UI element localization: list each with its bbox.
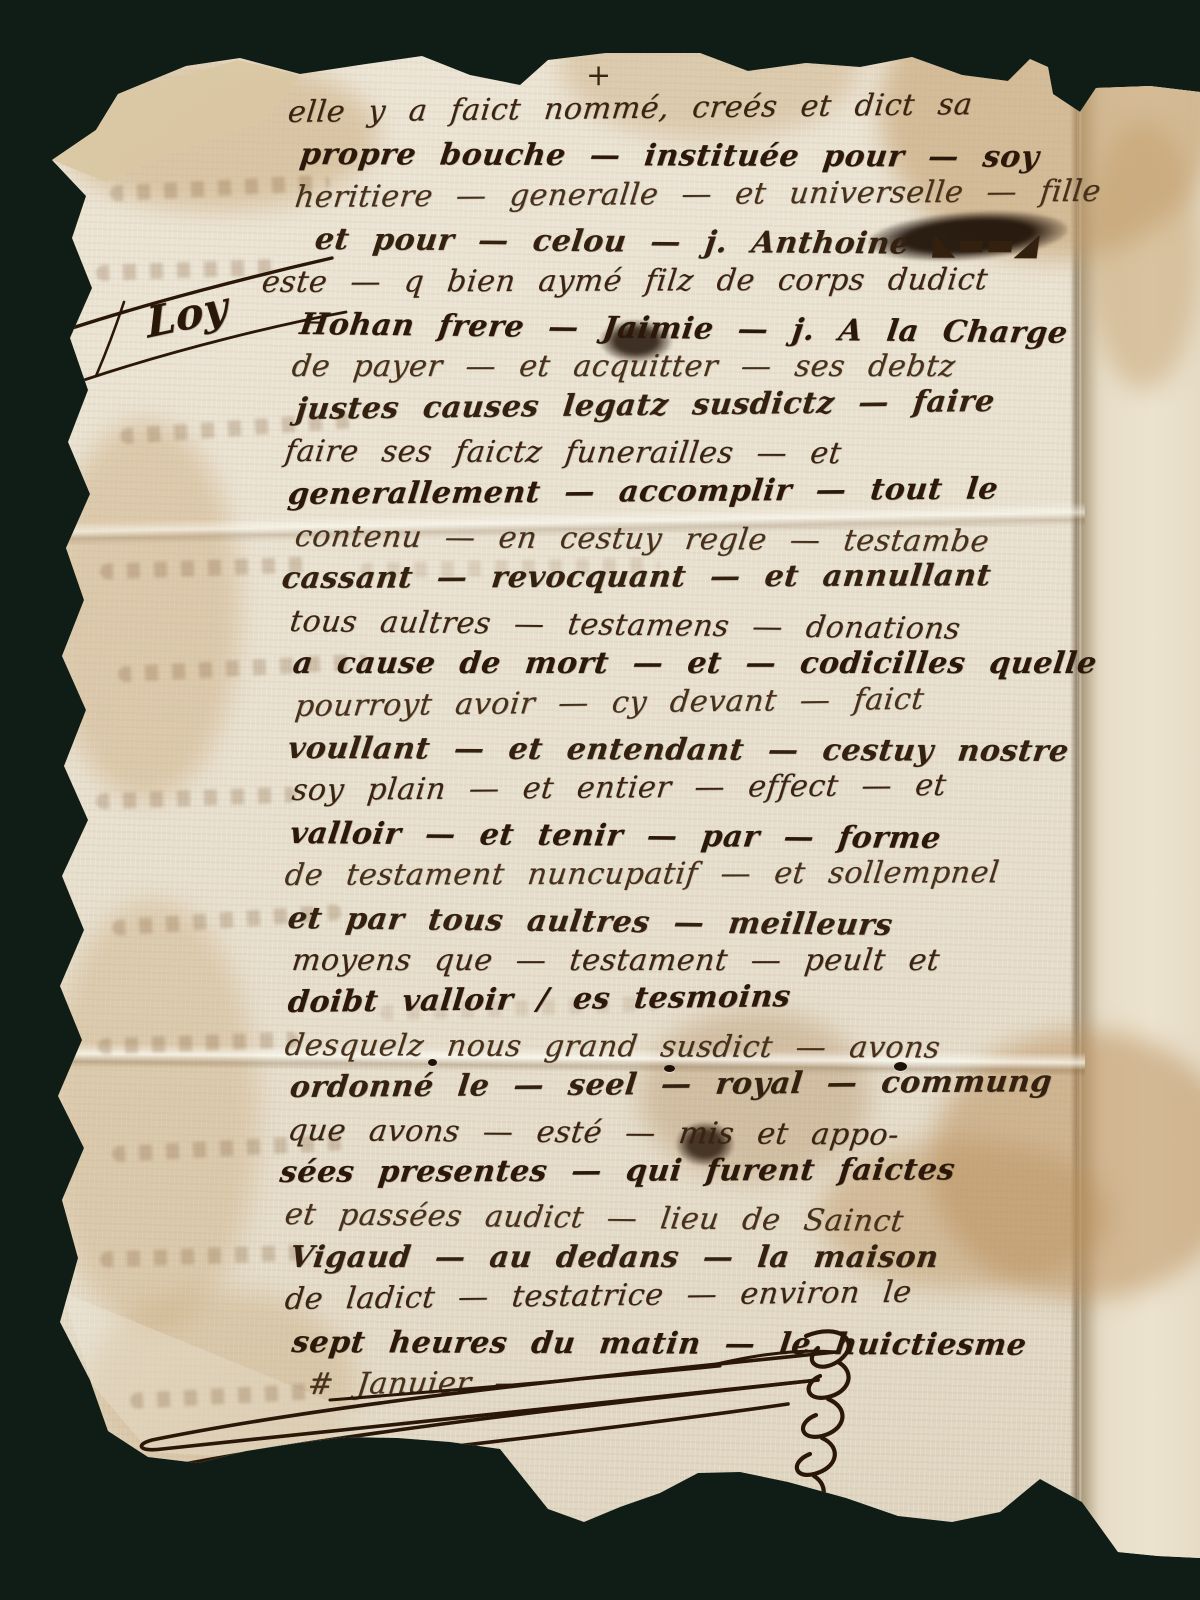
manuscript-line: de payer — et acquitter — ses debtz (290, 352, 957, 382)
manuscript-line: valloir — et tenir — par — forme (288, 819, 943, 854)
manuscript-line: cassant — revocquant — et annullant (280, 562, 993, 595)
manuscript-line: contenu — en cestuy regle — testambe (293, 522, 991, 557)
manuscript-line: elle y a faict nommé, creés et dict sa (286, 90, 974, 128)
manuscript-line: de ladict — testatrice — environ le (283, 1278, 913, 1315)
manuscript-line: pourroyt avoir — cy devant — faict (293, 684, 925, 721)
manuscript-line: propre bouche — instituée pour — soy (298, 140, 1041, 173)
manuscript-line: ordonné le — seel — royal — commung (288, 1067, 1053, 1103)
manuscript-line: sées presentes — qui furent faictes (278, 1155, 957, 1188)
manuscript-line: et passées audict — lieu de Sainct (283, 1200, 906, 1237)
manuscript-line: sept heures du matin — le huictiesme (290, 1328, 1028, 1361)
manuscript-line: tous aultres — testamens — donations (288, 607, 962, 645)
manuscript-line: de testament nuncupatif — et sollempnel (283, 858, 1001, 891)
manuscript-line: que avons — esté — mis et appo- (286, 1116, 901, 1151)
photograph-of-manuscript: elle y a faict nommé, creés et dict sapr… (0, 0, 1200, 1600)
manuscript-line: a cause de mort — et — codicilles quelle (291, 649, 1098, 679)
manuscript-line: et pour — celou — j. Anthoine ◣▬▬◢ (313, 225, 1041, 261)
manuscript-line: moyens que — testament — peult et (290, 946, 941, 976)
manuscript-line: desquelz nous grand susdict — avons (283, 1031, 942, 1064)
manuscript-line: doibt valloir / es tesmoins (286, 983, 792, 1019)
manuscript-line: voullant — et entendant — cestuy nostre (286, 734, 1071, 767)
invocation-cross-mark: + (586, 58, 611, 93)
manuscript-page: elle y a faict nommé, creés et dict sapr… (0, 0, 1200, 1600)
manuscript-line: este — q bien aymé filz de corps dudict (260, 265, 989, 298)
handwritten-text-block: elle y a faict nommé, creés et dict sapr… (0, 0, 1200, 1600)
manuscript-line: faire ses faictz funerailles — et (283, 437, 843, 469)
manuscript-line: justes causes legatz susdictz — faire (294, 387, 996, 425)
manuscript-line: # Januier — (306, 1368, 527, 1400)
manuscript-line: et par tous aultres — meilleurs (286, 904, 894, 941)
manuscript-line: soy plain — et entier — effect — et (290, 771, 948, 806)
manuscript-line: Vigaud — au dedans — la maison (288, 1243, 940, 1273)
manuscript-line: generallement — accomplir — tout le (286, 474, 1000, 509)
manuscript-line: heritiere — generalle — et universelle —… (293, 177, 1102, 213)
manuscript-line: Hohan frere — Jaimie — j. A la Charge (298, 310, 1070, 349)
